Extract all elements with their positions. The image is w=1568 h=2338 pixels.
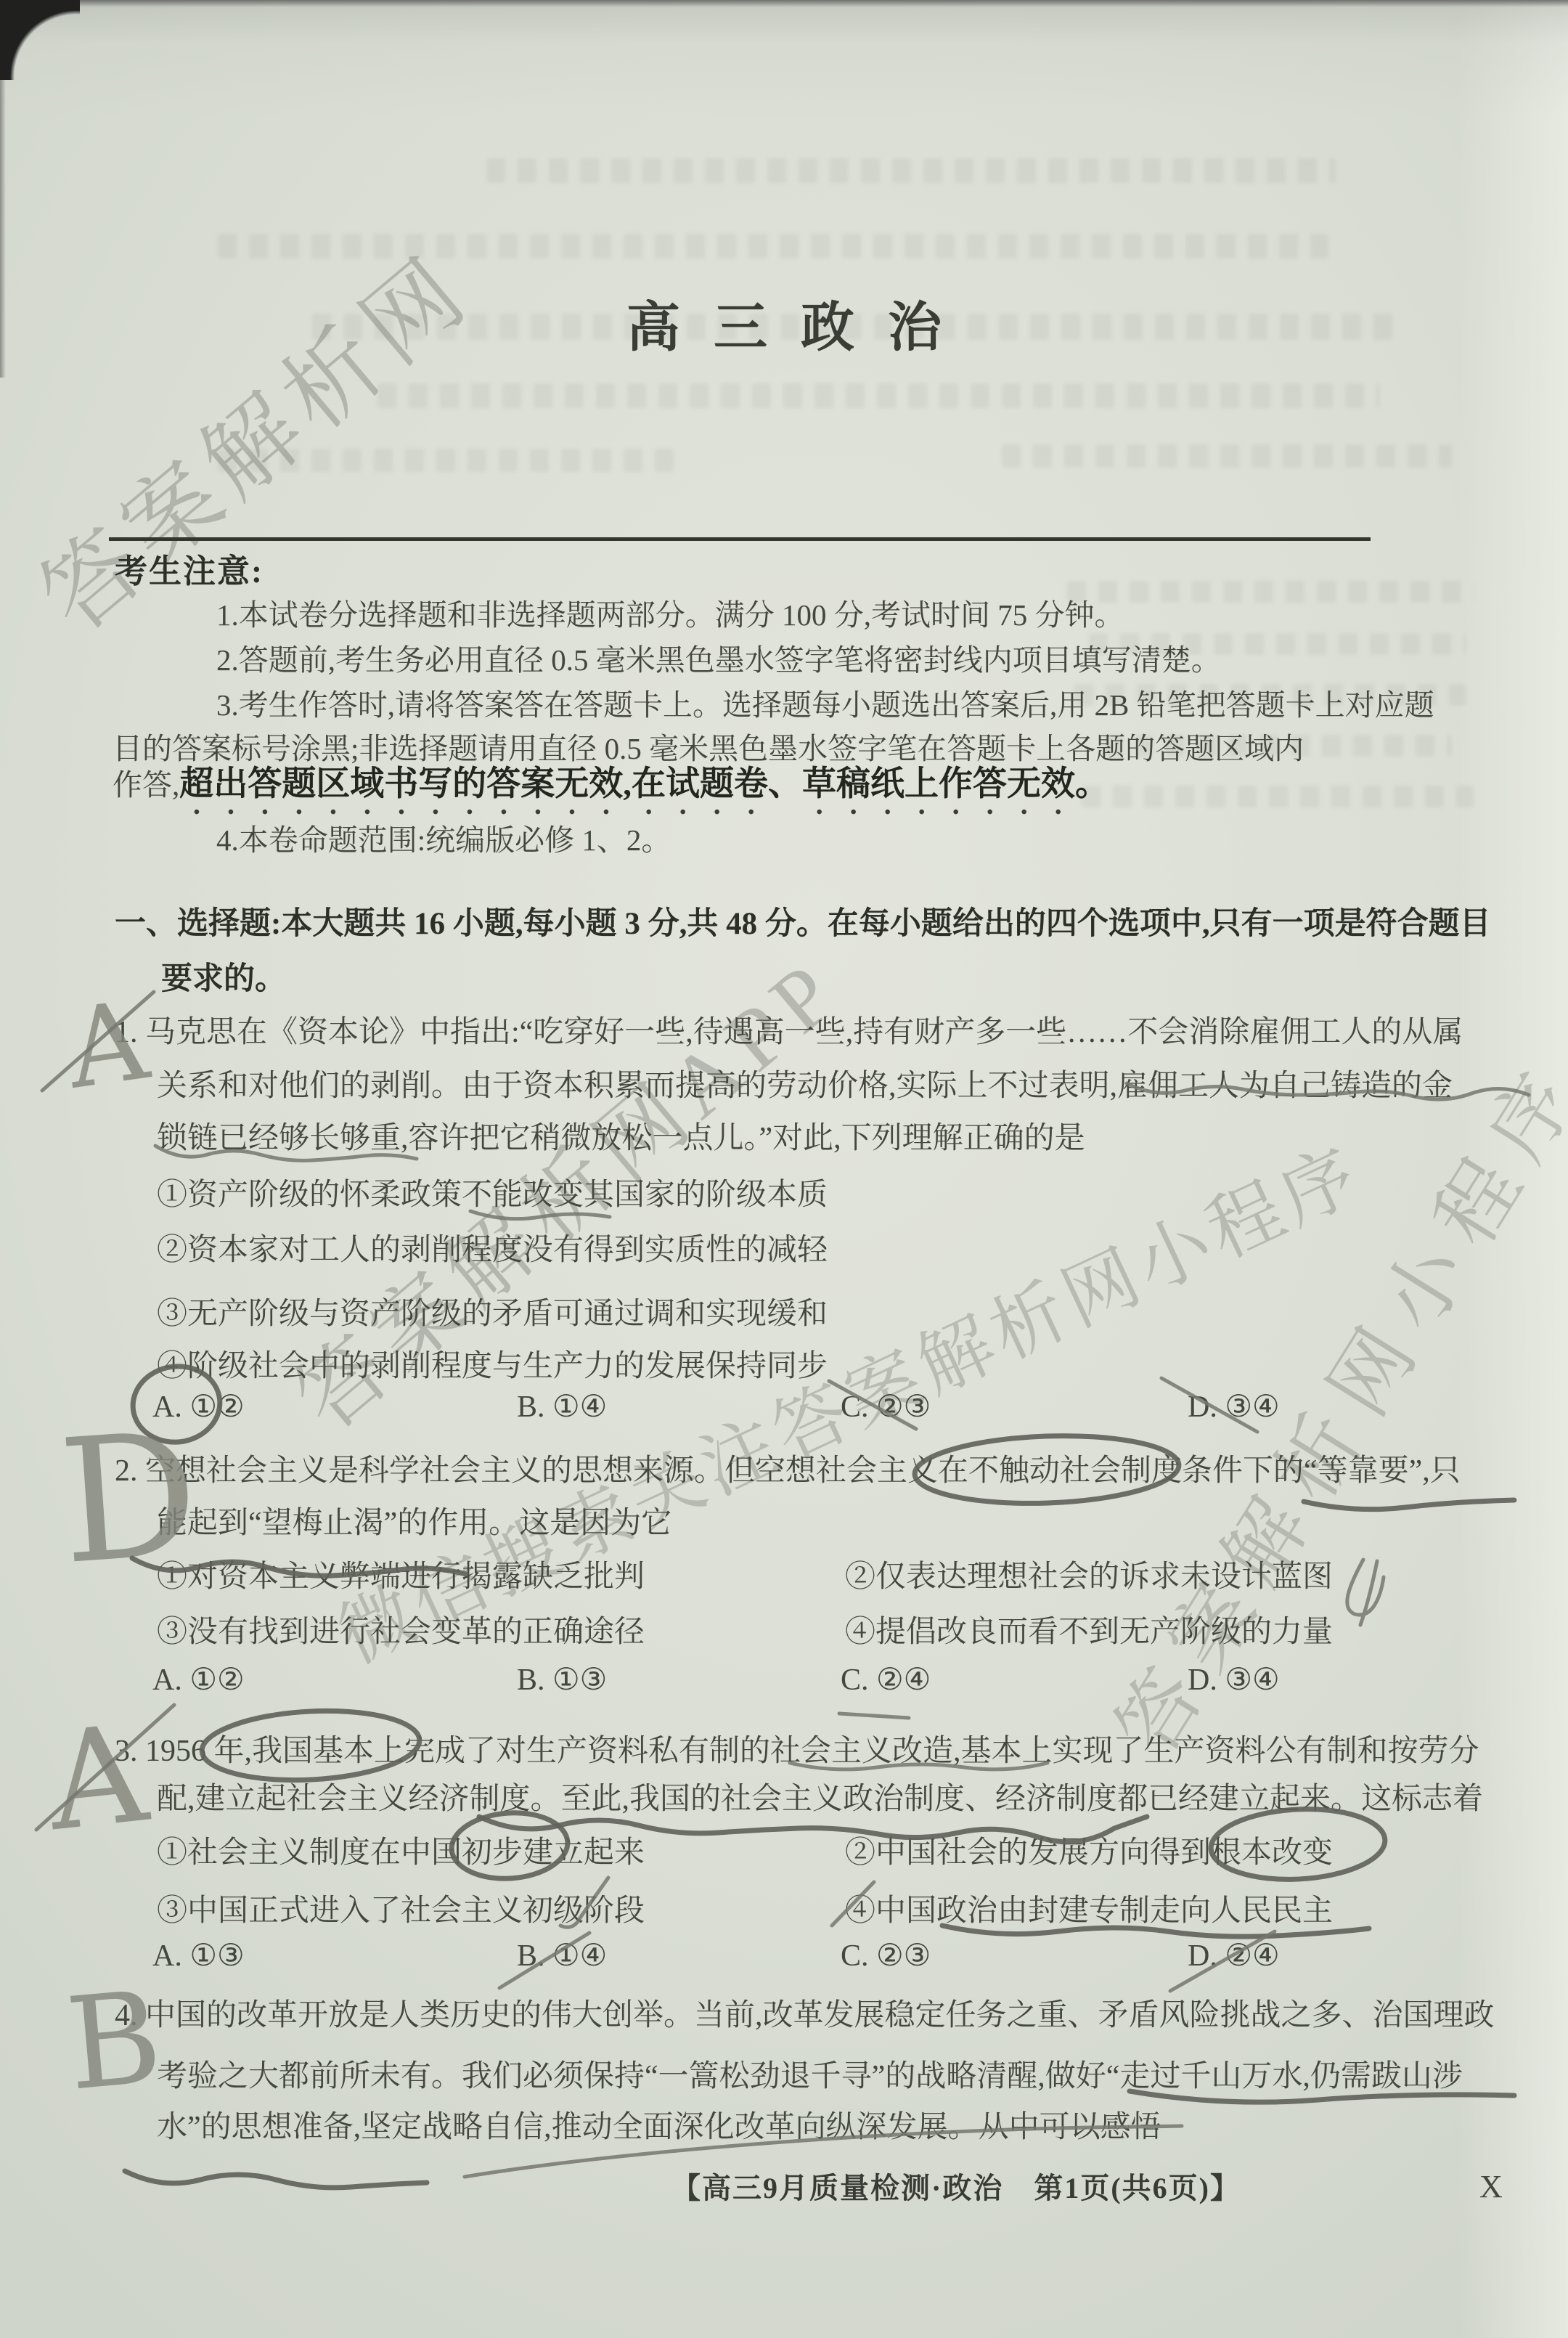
page-corner-mark: X (1479, 2168, 1503, 2205)
section-header-line-2: 要求的。 (161, 954, 286, 998)
watermark-mini-program-right: 答案解析网小程序 (1083, 1032, 1568, 1775)
question-3-line-2: 配,建立起社会主义经济制度。至此,我国的社会主义政治制度、经济制度都已经建立起来… (157, 1775, 1483, 1818)
question-1-choice-b: B. ①④ (517, 1388, 607, 1425)
question-3-option-1: ①社会主义制度在中国初步建立起来 (157, 1828, 645, 1872)
bleed-through-text (218, 234, 1328, 258)
question-1-option-3: ③无产阶级与资产阶级的矛盾可通过调和实现缓和 (157, 1290, 828, 1333)
question-3-line-1: 3. 1956 年,我国基本上完成了对生产资料私有制的社会主义改造,基本上实现了… (115, 1727, 1479, 1770)
notice-item-3-line-1: 3.考生作答时,请将答案答在答题卡上。选择题每小题选出答案后,用 2B 铅笔把答… (216, 681, 1434, 724)
paper-title: 高三政治 (0, 285, 1568, 362)
page-footer: 【高三9月质量检测·政治 第1页(共6页)】 (671, 2165, 1241, 2207)
notice-item-3-line-3: 作答,超出答题区域书写的答案无效,在试题卷、草稿纸上作答无效。 (113, 757, 1109, 822)
question-3-choice-b: B. ①④ (517, 1937, 607, 1974)
bleed-through-text (486, 158, 1336, 183)
scan-corner-shadow (0, 0, 80, 80)
question-1-line-2: 关系和对他们的剥削。由于资本积累而提高的劳动价格,实际上不过表明,雇佣工人为自己… (157, 1062, 1453, 1105)
question-3-option-3: ③中国正式进入了社会主义初级阶段 (157, 1886, 645, 1930)
margin-answer-q3: A (39, 1695, 155, 1861)
divider-line (109, 537, 1371, 541)
notice-item-4: 4.本卷命题范围:统编版必修 1、2。 (216, 816, 671, 859)
question-3-choice-c: C. ②③ (841, 1937, 931, 1974)
question-1-line-3: 锁链已经够长够重,容许把它稍微放松一点儿。”对此,下列理解正确的是 (157, 1114, 1085, 1157)
notice-item-3-line-3-prefix: 作答, (113, 768, 179, 802)
notice-item-2: 2.答题前,考生务必用直径 0.5 毫米黑色墨水签字笔将密封线内项目填写清楚。 (216, 636, 1221, 679)
underline-q4-line3 (125, 2171, 427, 2188)
question-2-option-2: ②仅表达理想社会的诉求未设计蓝图 (845, 1552, 1333, 1596)
scan-top-edge (0, 0, 1568, 7)
question-3-option-2: ②中国社会的发展方向得到根本改变 (845, 1828, 1333, 1872)
question-4-line-2: 考验之大都前所未有。我们必须保持“一篙松劲退千寻”的战略清醒,做好“走过千山万水… (157, 2052, 1463, 2095)
question-2-line-2: 能起到“望梅止渴”的作用。这是因为它 (157, 1499, 671, 1542)
question-1-choice-c: C. ②③ (841, 1388, 931, 1425)
question-1-option-4: ④阶级社会中的剥削程度与生产力的发展保持同步 (157, 1342, 828, 1385)
bleed-through-text (1082, 786, 1474, 807)
bleed-through-text (377, 383, 1379, 408)
exam-paper-page: 答案解析网 答案解析网APP 微信搜索关注答案解析网小程序 答案解析网小程序 高… (0, 0, 1568, 2338)
notice-emphasized-warning: 超出答题区域书写的答案无效,在试题卷、草稿纸上作答无效。 (179, 765, 1109, 803)
underline-q2-line1 (1304, 1500, 1514, 1510)
bleed-through-text (218, 449, 682, 472)
question-2-choice-b: B. ①③ (517, 1661, 607, 1698)
question-2-choice-a: A. ①② (152, 1661, 245, 1698)
question-2-option-3: ③没有找到进行社会变革的正确途径 (157, 1608, 645, 1651)
question-1-option-1: ①资产阶级的怀柔政策不能改变其国家的阶级本质 (157, 1170, 828, 1214)
question-4-line-3: 水”的思想准备,坚定战略自信,推动全面深化改革向纵深发展。从中可以感悟 (157, 2103, 1161, 2146)
bleed-through-text (1002, 444, 1452, 468)
notice-item-1: 1.本试卷分选择题和非选择题两部分。满分 100 分,考试时间 75 分钟。 (216, 591, 1124, 634)
question-3-choice-a: A. ①③ (152, 1937, 245, 1974)
question-3-choice-d: D. ②④ (1188, 1937, 1280, 1974)
margin-scribble-q2 (1347, 1560, 1384, 1625)
question-3-option-4: ④中国政治由封建专制走向人民民主 (845, 1886, 1333, 1930)
question-2-choice-d: D. ③④ (1188, 1661, 1280, 1698)
margin-answer-q4: B (61, 1964, 167, 2119)
question-2-choice-c: C. ②④ (841, 1661, 931, 1698)
question-1-option-2: ②资本家对工人的剥削程度没有得到实质性的减轻 (157, 1226, 828, 1269)
bleed-through-text (1067, 581, 1474, 603)
question-1-line-1: 1. 马克思在《资本论》中指出:“吃穿好一些,待遇高一些,持有财产多一些……不会… (115, 1008, 1463, 1051)
question-2-line-1: 2. 空想社会主义是科学社会主义的思想来源。但空想社会主义在不触动社会制度条件下… (115, 1446, 1461, 1490)
question-4-line-1: 4. 中国的改革开放是人类历史的伟大创举。当前,改革发展稳定任务之重、矛盾风险挑… (115, 1991, 1495, 2034)
notice-heading: 考生注意: (115, 545, 264, 592)
question-2-option-1: ①对资本主义弊端进行揭露缺乏批判 (157, 1552, 645, 1596)
question-2-option-4: ④提倡改良而看不到无产阶级的力量 (845, 1608, 1333, 1651)
section-header-line-1: 一、选择题:本大题共 16 小题,每小题 3 分,共 48 分。在每小题给出的四… (115, 899, 1491, 943)
underline-q2-choice-c (839, 1714, 909, 1718)
question-1-choice-d: D. ③④ (1188, 1388, 1280, 1425)
question-1-choice-a: A. ①② (152, 1388, 245, 1425)
